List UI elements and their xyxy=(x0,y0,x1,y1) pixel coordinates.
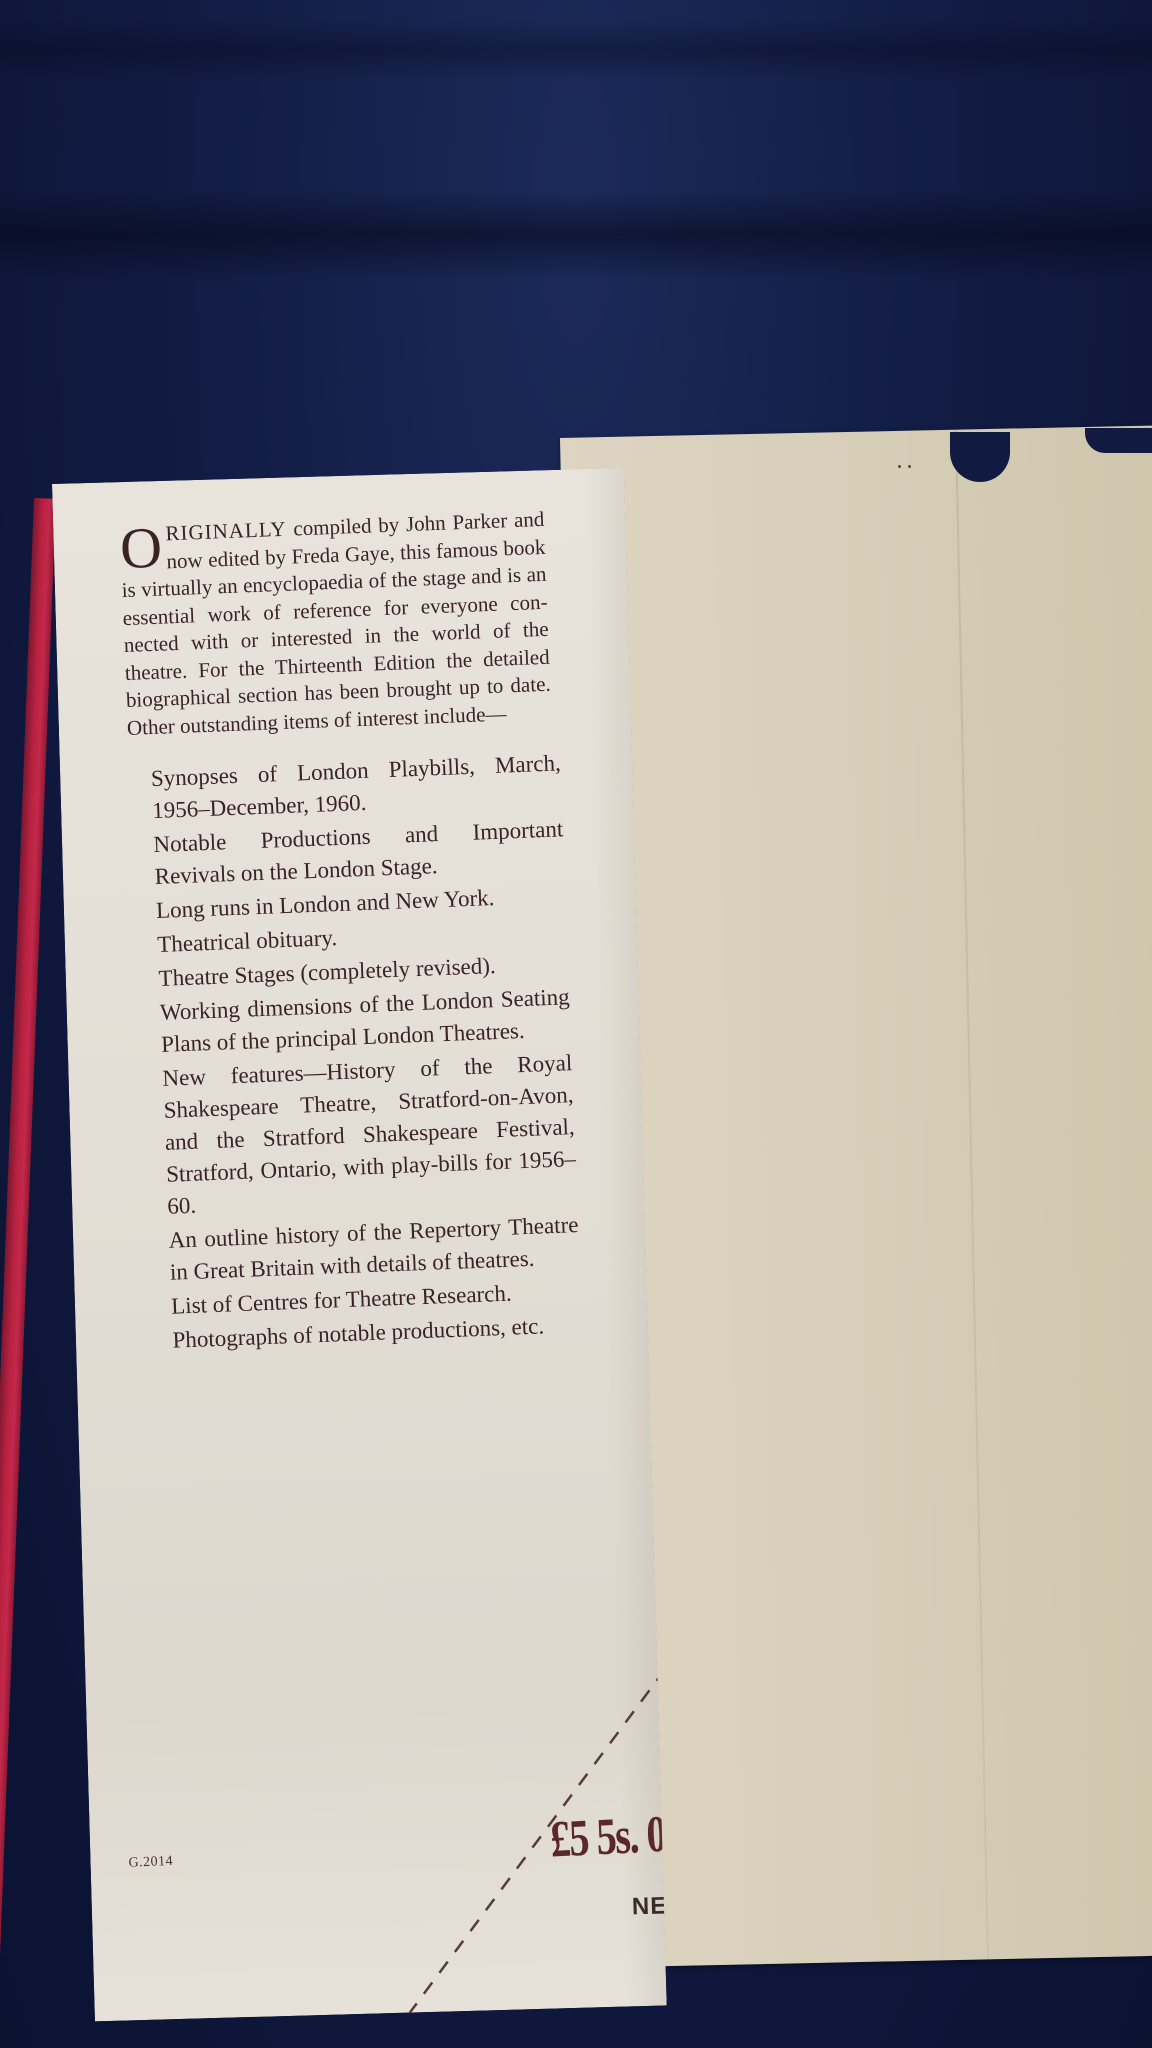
blurb: ORIGINALLY compiled by John Parker and n… xyxy=(119,506,576,1360)
catalog-code: G.2014 xyxy=(128,1854,173,1872)
fold-line xyxy=(955,430,989,1960)
list-item: New features—History of the Royal Shakes… xyxy=(162,1047,578,1223)
fabric-fold xyxy=(0,190,1152,280)
intro-paragraph: ORIGINALLY compiled by John Parker and n… xyxy=(119,506,552,742)
red-spine-strip xyxy=(0,498,56,2028)
paper-spots xyxy=(898,465,912,469)
fabric-fold xyxy=(0,20,1152,80)
dust-jacket-flap: ORIGINALLY compiled by John Parker and n… xyxy=(52,468,667,2021)
features-list: Synopses of London Playbills, March, 195… xyxy=(150,747,583,1356)
torn-edge xyxy=(1085,428,1152,453)
drop-cap: O xyxy=(119,525,163,573)
lead-smallcaps: RIGINALLY xyxy=(165,517,287,546)
